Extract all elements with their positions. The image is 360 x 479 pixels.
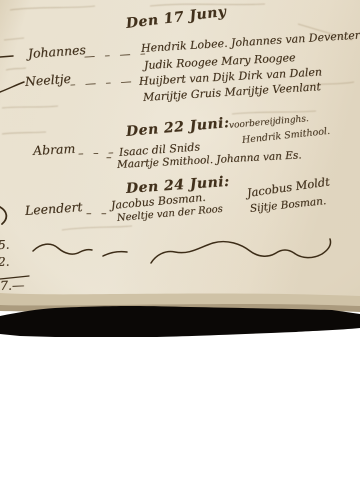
connector-dash: –	[106, 152, 115, 163]
tally-number: 5.	[0, 239, 10, 251]
black-backdrop	[0, 306, 360, 337]
margin-child-name-abram: Abram	[33, 143, 76, 158]
margin-dashes: – — – —	[70, 76, 135, 90]
tally-total: 7.—	[0, 279, 25, 292]
margin-dashes: — – — –	[84, 48, 149, 62]
margin-child-name-neeltje: Neeltje	[25, 73, 72, 89]
scan-photo: Den 17 Juny Johannes — – — – Hendrik Lob…	[0, 0, 360, 479]
page-edge-shadow	[0, 293, 360, 306]
tally-number: 2.	[0, 256, 10, 268]
margin-dashes: – –	[86, 208, 110, 219]
